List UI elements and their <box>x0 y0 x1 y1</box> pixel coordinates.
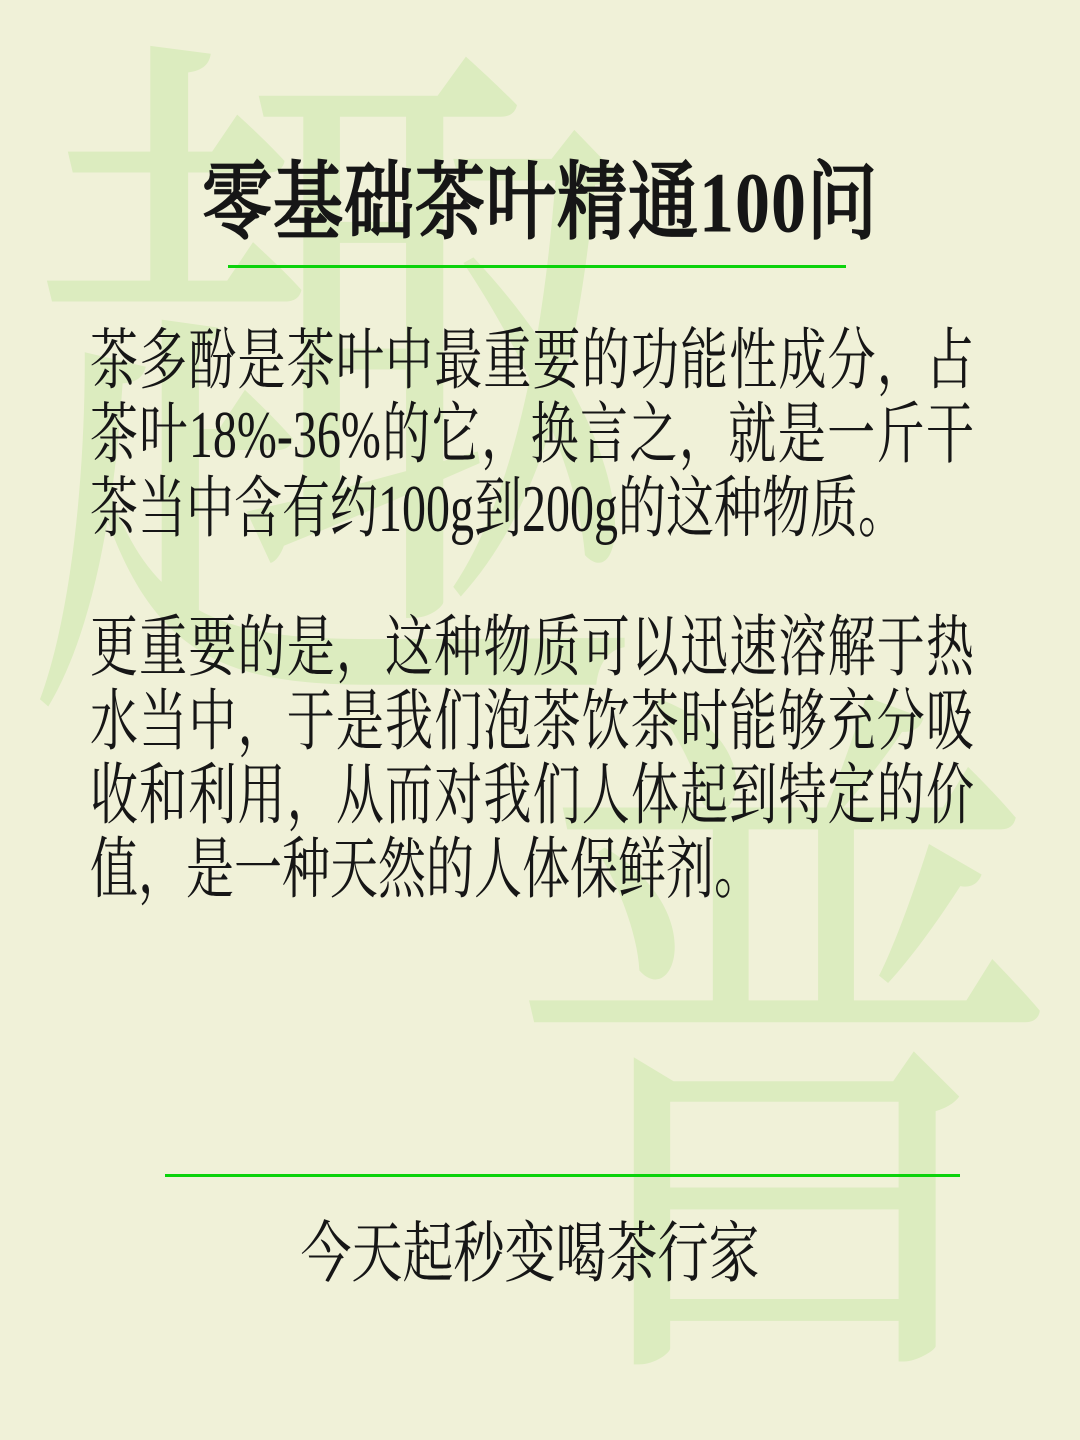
footer-tagline: 今天起秒变喝茶行家 <box>100 1207 960 1303</box>
tea-knowledge-poster: 趣 普 零基础茶叶精通100问 茶多酚是茶叶中最重要的功能性成分，占茶叶18%-… <box>0 0 1080 1440</box>
body-text: 茶多酚是茶叶中最重要的功能性成分，占茶叶18%-36%的它，换言之，就是一斤干茶… <box>90 325 974 908</box>
body-line: 值，是一种天然的人体保鲜剂。 <box>90 819 974 923</box>
title-divider-line <box>228 265 846 268</box>
footer-divider-line <box>165 1174 960 1177</box>
poster-title: 零基础茶叶精通100问 <box>0 146 1080 263</box>
poster-content: 零基础茶叶精通100问 茶多酚是茶叶中最重要的功能性成分，占茶叶18%-36%的… <box>0 0 1080 1440</box>
body-line: 茶当中含有约100g到200g的这种物质。 <box>90 458 974 562</box>
body-paragraph-1: 茶多酚是茶叶中最重要的功能性成分，占茶叶18%-36%的它，换言之，就是一斤干茶… <box>90 325 974 547</box>
body-paragraph-2: 更重要的是，这种物质可以迅速溶解于热水当中，于是我们泡茶饮茶时能够充分吸收和利用… <box>90 612 974 908</box>
